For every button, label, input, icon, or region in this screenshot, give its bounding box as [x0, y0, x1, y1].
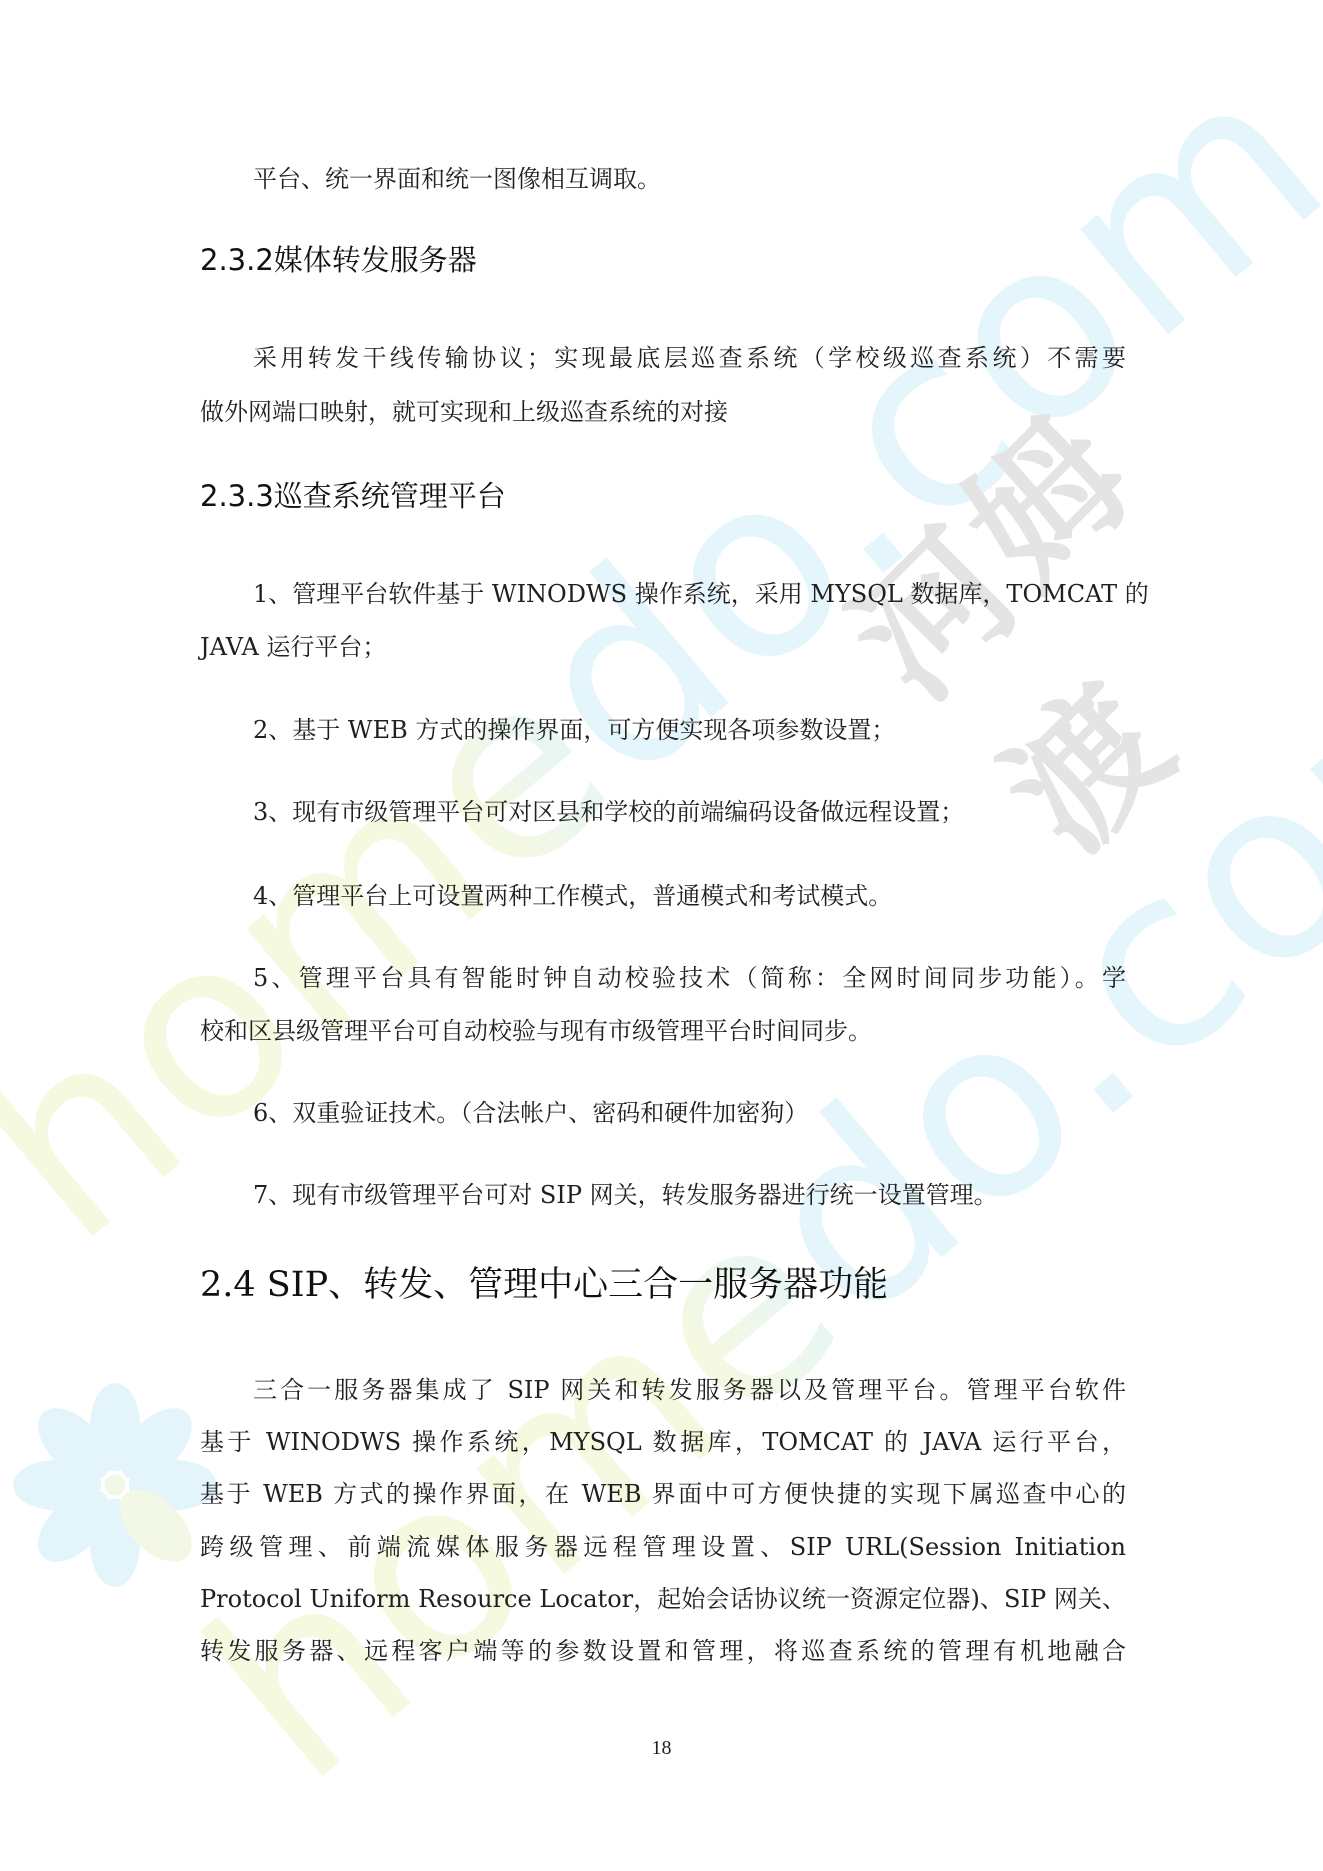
- section-heading-2-3-2: 2.3.2媒体转发服务器: [200, 242, 477, 278]
- list-item-5-line-2: 校和区县级管理平台可自动校验与现有市级管理平台时间同步。: [200, 1015, 1126, 1047]
- page-number: 18: [0, 1736, 1323, 1760]
- paragraph-line: 做外网端口映射，就可实现和上级巡查系统的对接: [200, 396, 1126, 428]
- list-item-1-line-2: JAVA 运行平台；: [200, 631, 1126, 663]
- list-item-7: 7、现有市级管理平台可对 SIP 网关，转发服务器进行统一设置管理。: [253, 1179, 1126, 1211]
- paragraph-line: 转发服务器、远程客户端等的参数设置和管理，将巡查系统的管理有机地融合: [200, 1635, 1126, 1667]
- list-item-3: 3、现有市级管理平台可对区县和学校的前端编码设备做远程设置；: [253, 796, 1126, 828]
- paragraph-line: 采用转发干线传输协议；实现最底层巡查系统（学校级巡查系统）不需要: [253, 342, 1126, 374]
- continuation-text: 平台、统一界面和统一图像相互调取。: [253, 163, 1126, 195]
- section-heading-2-3-3: 2.3.3巡查系统管理平台: [200, 478, 506, 514]
- list-item-5-line-1: 5、管理平台具有智能时钟自动校验技术（简称：全网时间同步功能）。学: [253, 962, 1126, 994]
- section-heading-2-4: 2.4 SIP、转发、管理中心三合一服务器功能: [200, 1263, 888, 1307]
- paragraph-line: 跨级管理、前端流媒体服务器远程管理设置、SIP URL(Session Init…: [200, 1531, 1126, 1563]
- paragraph-line: 基于 WEB 方式的操作界面，在 WEB 界面中可方便快捷的实现下属巡查中心的: [200, 1478, 1126, 1510]
- paragraph-line: 基于 WINODWS 操作系统，MYSQL 数据库，TOMCAT 的 JAVA …: [200, 1426, 1126, 1458]
- document-page: 平台、统一界面和统一图像相互调取。 2.3.2媒体转发服务器 采用转发干线传输协…: [0, 0, 1323, 1871]
- paragraph-line: 三合一服务器集成了 SIP 网关和转发服务器以及管理平台。管理平台软件: [253, 1374, 1126, 1406]
- list-item-2: 2、基于 WEB 方式的操作界面，可方便实现各项参数设置；: [253, 714, 1126, 746]
- list-item-6: 6、双重验证技术。（合法帐户、密码和硬件加密狗）: [253, 1097, 1126, 1129]
- paragraph-line: Protocol Uniform Resource Locator，起始会话协议…: [200, 1583, 1126, 1615]
- list-item-1-line-1: 1、管理平台软件基于 WINODWS 操作系统，采用 MYSQL 数据库，TOM…: [253, 578, 1126, 610]
- list-item-4: 4、管理平台上可设置两种工作模式，普通模式和考试模式。: [253, 880, 1126, 912]
